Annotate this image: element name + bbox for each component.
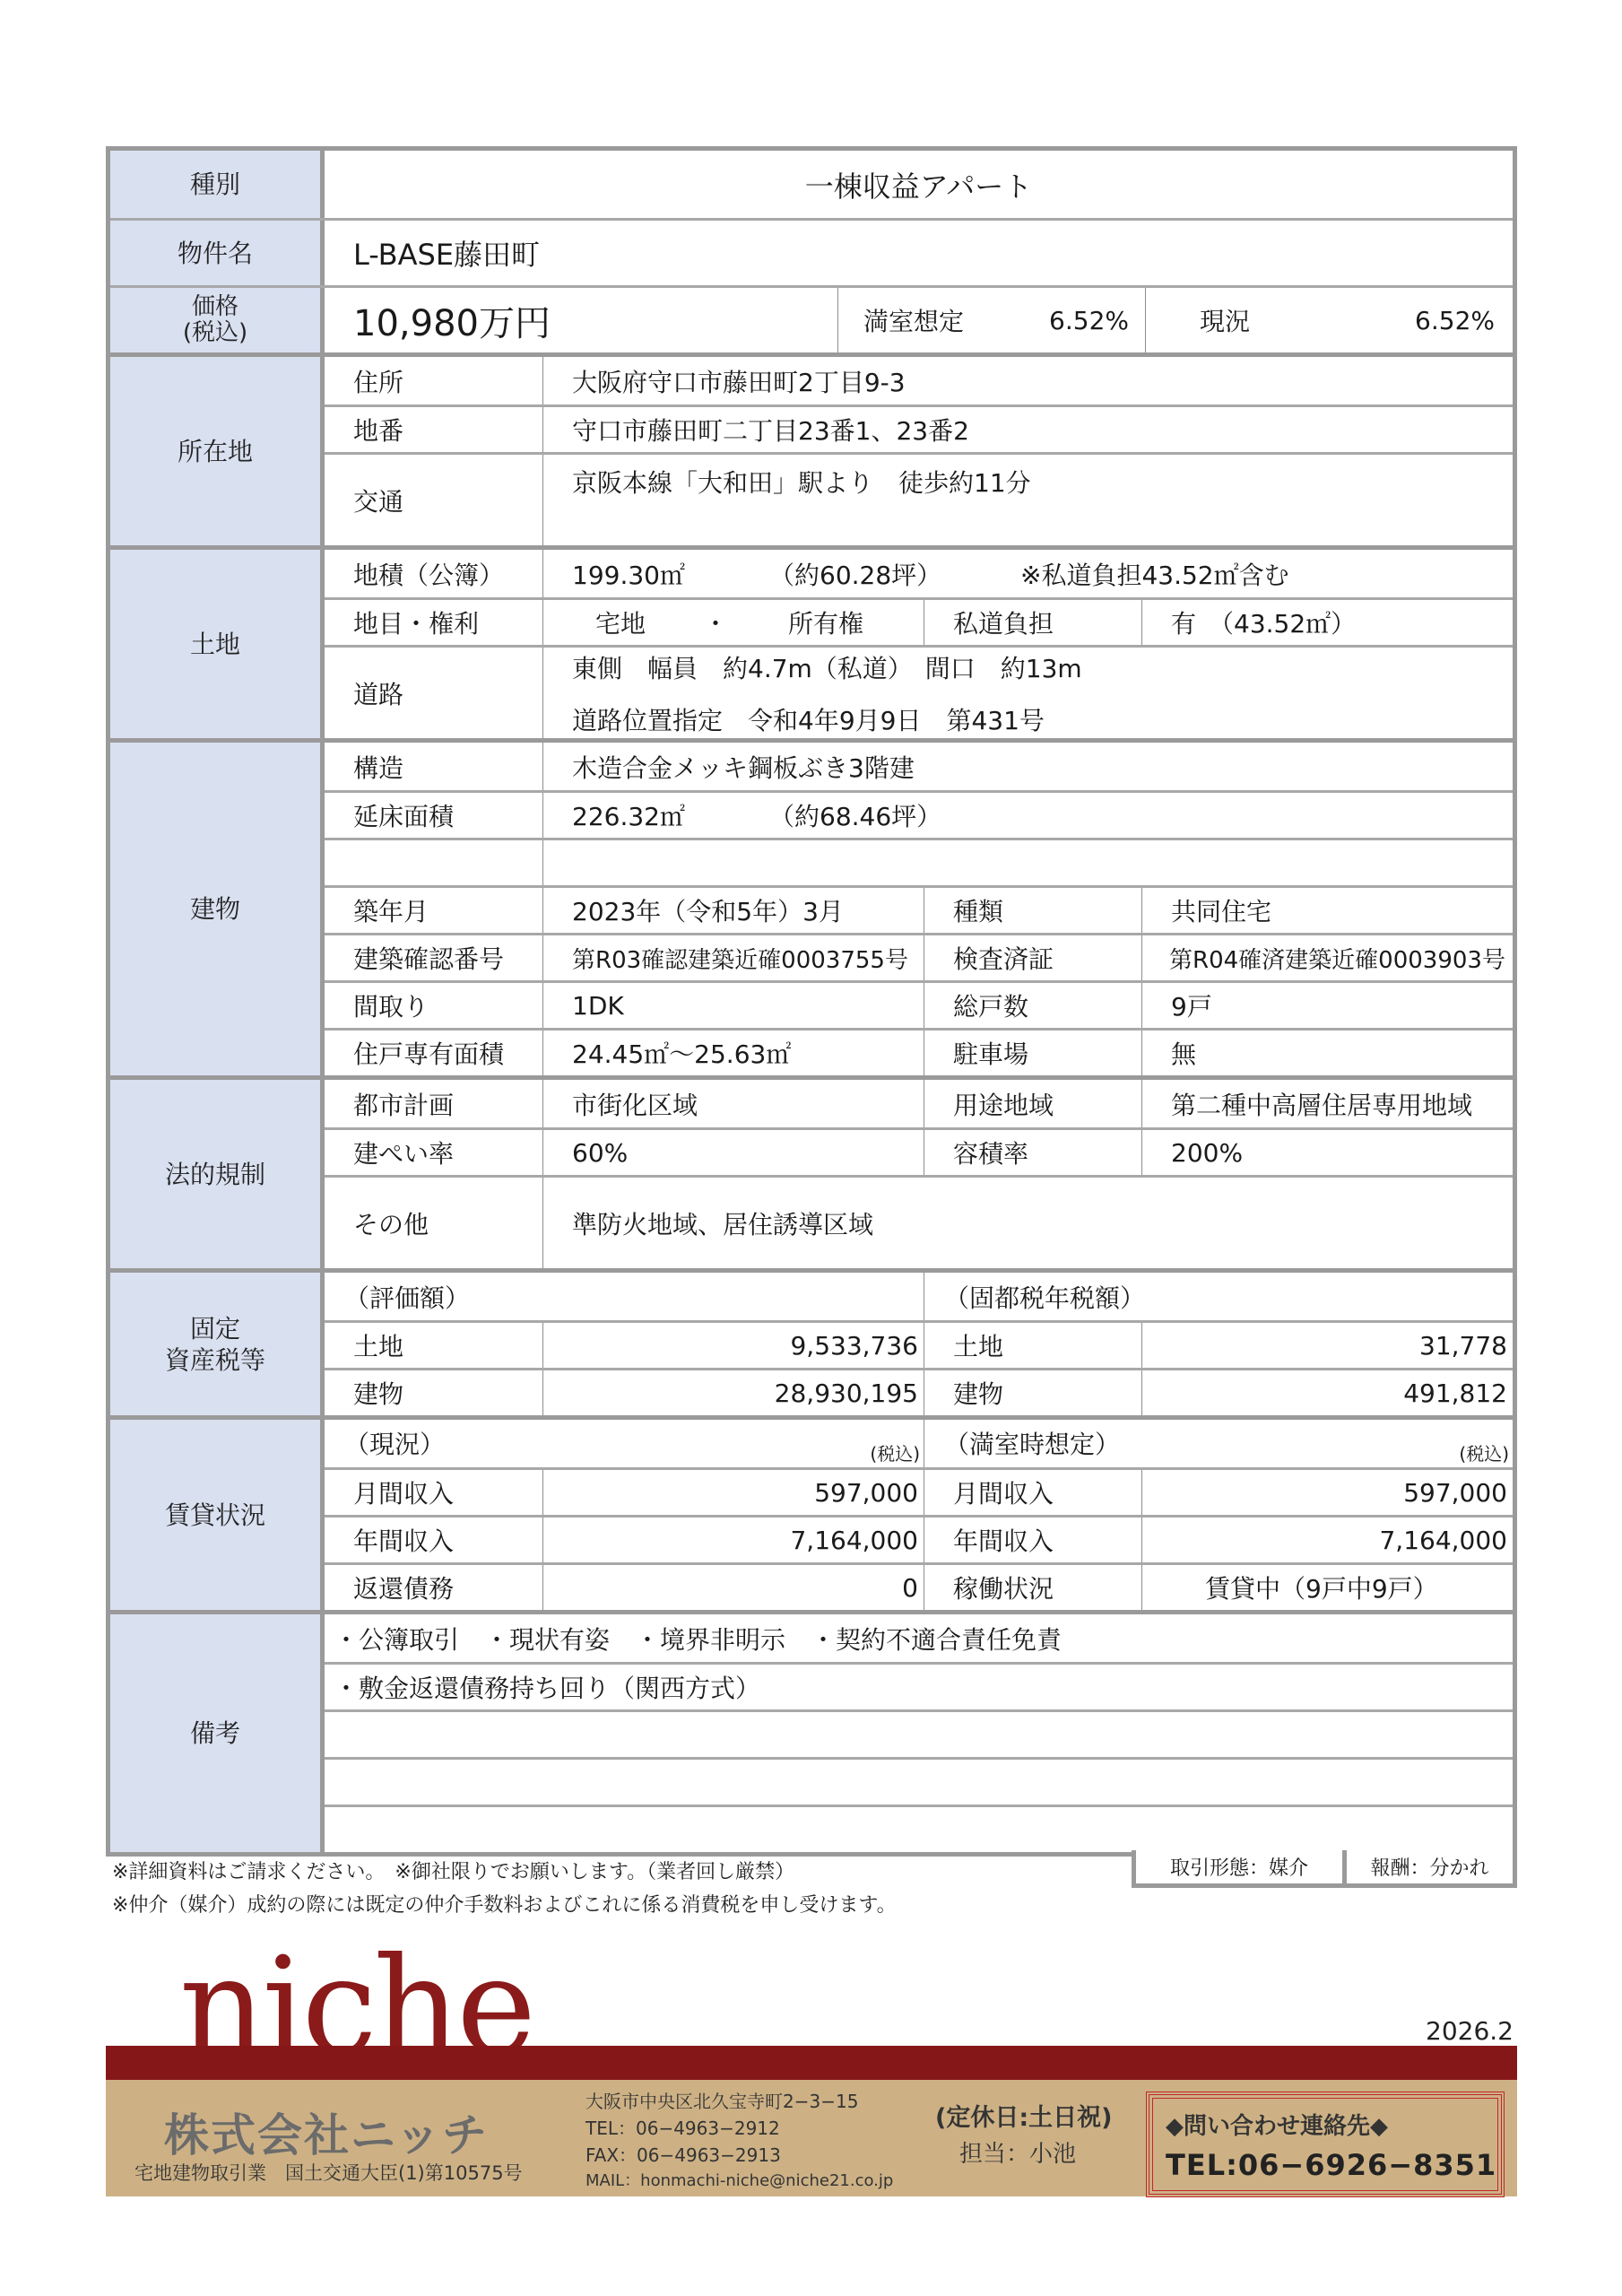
built-row: 築年月 2023年（令和5年）3月 種類 共同住宅 [325, 885, 1513, 933]
company-fax: FAX：06−4963−2913 [585, 2141, 781, 2167]
name-value: L-BASE藤田町 [325, 221, 1513, 285]
permit-row: 建築確認番号 第R03確認建築近確0003755号 検査済証 第R04確済建築近… [325, 933, 1513, 980]
tax-header-row: （評価額） （固都税年税額） [325, 1273, 1513, 1320]
legal-label: 法的規制 [110, 1080, 325, 1268]
section-price: 価格 (税込) 10,980万円 満室想定 6.52% 現況 6.52% [110, 285, 1513, 352]
type-label: 種別 [110, 151, 325, 218]
section-rental: 賃貸状況 （現況） (税込) （満室時想定） (税込) 月間収入 597,000… [110, 1415, 1513, 1610]
layout-value: 1DK [542, 983, 924, 1028]
permit-value: 第R03確認建築近確0003755号 [542, 935, 924, 980]
deposit-label: 返還債務 [325, 1565, 542, 1610]
layout-label: 間取り [325, 983, 542, 1028]
yield-current: 現況 6.52% [1145, 288, 1513, 352]
brand-red-bar [106, 2046, 1517, 2080]
transaction-type-badge: 取引形態：媒介 [1136, 1850, 1342, 1883]
land-area-sqm: 199.30㎡ [572, 556, 769, 592]
remark-row: ・公簿取引 ・現状有姿 ・境界非明示 ・契約不適合責任免責 [325, 1614, 1513, 1662]
company-address: 大阪市中央区北久宝寺町2−3−15 [585, 2087, 858, 2113]
floor-area-tsubo: （約68.46坪） [769, 797, 941, 833]
blank-row [325, 838, 1513, 885]
company-name: 株式会社ニッチ [164, 2100, 489, 2164]
land-category-row: 地目・権利 宅地 ・ 所有権 私道負担 有 （43.52㎡） [325, 597, 1513, 645]
holiday-info: (定休日:土日祝) [935, 2098, 1112, 2133]
note-line-1: ※詳細資料はご請求ください。 ※御社限りでお願いします。（業者回し厳禁） [112, 1857, 794, 1884]
city-plan-value: 市街化区域 [542, 1080, 924, 1127]
yield-full: 満室想定 6.52% [837, 288, 1145, 352]
unit-area-value: 24.45㎡～25.63㎡ [542, 1031, 924, 1075]
yield-full-label: 満室想定 [863, 302, 964, 338]
structure-label: 構造 [325, 743, 542, 790]
tax-building-row: 建物 28,930,195 建物 491,812 [325, 1368, 1513, 1415]
floor-area-label: 延床面積 [325, 793, 542, 838]
rental-label: 賃貸状況 [110, 1420, 325, 1610]
annual-row: 年間収入 7,164,000 年間収入 7,164,000 [325, 1515, 1513, 1562]
annual-building: 491,812 [1141, 1370, 1513, 1415]
land-area-value: 199.30㎡ （約60.28坪） ※私道負担43.52㎡含む [542, 550, 1513, 597]
monthly-label: 月間収入 [325, 1470, 542, 1515]
yield-current-value: 6.52% [1415, 306, 1513, 335]
full-tax-incl: (税込) [1459, 1439, 1509, 1467]
road-label: 道路 [325, 648, 542, 738]
commission-badge: 報酬：分かれ [1347, 1850, 1513, 1883]
occupancy-label: 稼働状況 [924, 1565, 1141, 1610]
land-area-row: 地積（公簿） 199.30㎡ （約60.28坪） ※私道負担43.52㎡含む [325, 550, 1513, 597]
land-category: 宅地 [595, 604, 703, 640]
remark-line-3 [325, 1712, 1513, 1757]
land-category-value: 宅地 ・ 所有権 [542, 600, 924, 645]
land-sep: ・ [703, 604, 788, 640]
city-plan-row: 都市計画 市街化区域 用途地域 第二種中高層住居専用地域 [325, 1080, 1513, 1127]
coverage-row: 建ぺい率 60% 容積率 200% [325, 1127, 1513, 1175]
type-value: 一棟収益アパート [325, 151, 1513, 218]
tax-label: 固定 資産税等 [110, 1273, 325, 1415]
note-line-2: ※仲介（媒介）成約の際には既定の仲介手数料およびこれに係る消費税を申し受けます。 [112, 1890, 897, 1918]
transport-value: 京阪本線「大和田」駅より 徒歩約11分 [542, 455, 1513, 545]
permit-label: 建築確認番号 [325, 935, 542, 980]
section-land: 土地 地積（公簿） 199.30㎡ （約60.28坪） ※私道負担43.52㎡含… [110, 545, 1513, 738]
address-row: 住所 大阪府守口市藤田町2丁目9-3 [325, 357, 1513, 404]
section-remarks: 備考 ・公簿取引 ・現状有姿 ・境界非明示 ・契約不適合責任免責 ・敷金返還債務… [110, 1610, 1513, 1852]
address-value: 大阪府守口市藤田町2丁目9-3 [542, 357, 1513, 404]
current-header: （現況） (税込) [325, 1420, 924, 1467]
floor-area-sqm: 226.32㎡ [572, 797, 769, 833]
unit-area-row: 住戸専有面積 24.45㎡～25.63㎡ 駐車場 無 [325, 1028, 1513, 1075]
transaction-badges: 取引形態：媒介 報酬：分かれ [1132, 1850, 1517, 1888]
city-plan-label: 都市計画 [325, 1080, 542, 1127]
full-header-label: （満室時想定） [944, 1420, 1120, 1461]
private-road-label: 私道負担 [924, 600, 1141, 645]
private-road-value: 有 （43.52㎡） [1141, 600, 1513, 645]
coverage-label: 建ぺい率 [325, 1130, 542, 1175]
remarks-label: 備考 [110, 1614, 325, 1852]
company-mail[interactable]: MAIL：honmachi-niche@niche21.co.jp [585, 2168, 893, 2191]
assessed-building: 28,930,195 [542, 1370, 924, 1415]
name-label: 物件名 [110, 221, 325, 285]
full-monthly-label: 月間収入 [924, 1470, 1141, 1515]
transport-row: 交通 京阪本線「大和田」駅より 徒歩約11分 [325, 452, 1513, 545]
road-line-2: 道路位置指定 令和4年9月9日 第431号 [572, 701, 1045, 737]
units-label: 総戸数 [924, 983, 1141, 1028]
current-header-label: （現況） [344, 1420, 445, 1461]
annual-label: 年間収入 [325, 1518, 542, 1562]
remark-row: ・敷金返還債務持ち回り（関西方式） [325, 1662, 1513, 1709]
tax-land-row: 土地 9,533,736 土地 31,778 [325, 1320, 1513, 1368]
rental-header-row: （現況） (税込) （満室時想定） (税込) [325, 1420, 1513, 1467]
remark-row [325, 1757, 1513, 1805]
price-value: 10,980万円 [325, 288, 837, 352]
land-area-note: ※私道負担43.52㎡含む [1020, 556, 1289, 592]
unit-area-label: 住戸専有面積 [325, 1031, 542, 1075]
section-location: 所在地 住所 大阪府守口市藤田町2丁目9-3 地番 守口市藤田町二丁目23番1、… [110, 352, 1513, 545]
license-number: 宅地建物取引業 国土交通大臣(1)第10575号 [134, 2159, 523, 2186]
section-name: 物件名 L-BASE藤田町 [110, 218, 1513, 285]
coverage-value: 60% [542, 1130, 924, 1175]
occupancy-value: 賃貸中（9戸中9戸） [1141, 1565, 1513, 1610]
built-label: 築年月 [325, 888, 542, 933]
building-label: 建物 [110, 743, 325, 1075]
lot-value: 守口市藤田町二丁目23番1、23番2 [542, 407, 1513, 452]
remark-line-4 [325, 1760, 1513, 1805]
tax-building-label: 建物 [325, 1370, 542, 1415]
assessed-header: （評価額） [325, 1273, 924, 1320]
far-label: 容積率 [924, 1130, 1141, 1175]
lot-row: 地番 守口市藤田町二丁目23番1、23番2 [325, 404, 1513, 452]
remark-line-1: ・公簿取引 ・現状有姿 ・境界非明示 ・契約不適合責任免責 [325, 1614, 1513, 1662]
units-value: 9戸 [1141, 983, 1513, 1028]
current-monthly: 597,000 [542, 1470, 924, 1515]
far-value: 200% [1141, 1130, 1513, 1175]
parking-label: 駐車場 [924, 1031, 1141, 1075]
blank-label [325, 840, 542, 885]
deposit-value: 0 [542, 1565, 924, 1610]
annual-land: 31,778 [1141, 1323, 1513, 1368]
road-value: 東側 幅員 約4.7m（私道） 間口 約13m 道路位置指定 令和4年9月9日 … [542, 648, 1513, 738]
deposit-row: 返還債務 0 稼働状況 賃貸中（9戸中9戸） [325, 1562, 1513, 1610]
built-value: 2023年（令和5年）3月 [542, 888, 924, 933]
section-tax: 固定 資産税等 （評価額） （固都税年税額） 土地 9,533,736 土地 3… [110, 1268, 1513, 1415]
floor-area-row: 延床面積 226.32㎡ （約68.46坪） [325, 790, 1513, 838]
assessed-land: 9,533,736 [542, 1323, 924, 1368]
location-label: 所在地 [110, 357, 325, 545]
blank-value [542, 840, 1513, 885]
contact-title: ◆問い合わせ連絡先◆ [1166, 2108, 1485, 2141]
annual-land-label: 土地 [924, 1323, 1141, 1368]
road-row: 道路 東側 幅員 約4.7m（私道） 間口 約13m 道路位置指定 令和4年9月… [325, 645, 1513, 738]
land-area-tsubo: （約60.28坪） [769, 556, 1020, 592]
inspection-label: 検査済証 [924, 935, 1141, 980]
full-monthly: 597,000 [1141, 1470, 1513, 1515]
section-type: 種別 一棟収益アパート [110, 151, 1513, 218]
section-legal: 法的規制 都市計画 市街化区域 用途地域 第二種中高層住居専用地域 建ぺい率 6… [110, 1075, 1513, 1268]
other-row: その他 準防火地域、居住誘導区域 [325, 1175, 1513, 1268]
remark-line-2: ・敷金返還債務持ち回り（関西方式） [325, 1665, 1513, 1709]
lot-label: 地番 [325, 407, 542, 452]
land-rights: 所有権 [788, 604, 863, 640]
monthly-row: 月間収入 597,000 月間収入 597,000 [325, 1467, 1513, 1515]
company-footer: 株式会社ニッチ 宅地建物取引業 国土交通大臣(1)第10575号 大阪市中央区北… [106, 2080, 1517, 2196]
other-label: その他 [325, 1178, 542, 1268]
property-sheet: 種別 一棟収益アパート 物件名 L-BASE藤田町 価格 (税込) 10,980… [106, 146, 1517, 1857]
yield-full-value: 6.52% [1049, 306, 1145, 335]
transport-label: 交通 [325, 455, 542, 545]
structure-value: 木造合金メッキ鋼板ぶき3階建 [542, 743, 1513, 790]
zoning-value: 第二種中高層住居専用地域 [1141, 1080, 1513, 1127]
structure-row: 構造 木造合金メッキ鋼板ぶき3階建 [325, 743, 1513, 790]
company-tel: TEL：06−4963−2912 [585, 2114, 780, 2140]
land-label: 土地 [110, 550, 325, 738]
contact-box: ◆問い合わせ連絡先◆ TEL:06−6926−8351 [1146, 2092, 1505, 2197]
other-value: 準防火地域、居住誘導区域 [542, 1178, 1513, 1268]
remark-row [325, 1805, 1513, 1852]
full-annual: 7,164,000 [1141, 1518, 1513, 1562]
parking-value: 無 [1141, 1031, 1513, 1075]
current-annual: 7,164,000 [542, 1518, 924, 1562]
annual-tax-header: （固都税年税額） [924, 1273, 1513, 1320]
price-label: 価格 (税込) [110, 288, 325, 352]
kind-label: 種類 [924, 888, 1141, 933]
kind-value: 共同住宅 [1141, 888, 1513, 933]
land-category-label: 地目・権利 [325, 600, 542, 645]
road-line-1: 東側 幅員 約4.7m（私道） 間口 約13m [572, 649, 1082, 685]
zoning-label: 用途地域 [924, 1080, 1141, 1127]
tax-land-label: 土地 [325, 1323, 542, 1368]
current-tax-incl: (税込) [870, 1439, 920, 1467]
address-label: 住所 [325, 357, 542, 404]
section-building: 建物 構造 木造合金メッキ鋼板ぶき3階建 延床面積 226.32㎡ （約68.4… [110, 738, 1513, 1075]
staff-info: 担当：小池 [959, 2135, 1076, 2169]
inspection-value: 第R04確済建築近確0003903号 [1141, 935, 1513, 980]
full-annual-label: 年間収入 [924, 1518, 1141, 1562]
contact-tel[interactable]: TEL:06−6926−8351 [1166, 2148, 1485, 2182]
layout-row: 間取り 1DK 総戸数 9戸 [325, 980, 1513, 1028]
remark-line-5 [325, 1807, 1513, 1852]
land-area-label: 地積（公簿） [325, 550, 542, 597]
annual-building-label: 建物 [924, 1370, 1141, 1415]
issue-date: 2026.2 [1426, 2016, 1514, 2046]
full-header: （満室時想定） (税込) [924, 1420, 1513, 1467]
floor-area-value: 226.32㎡ （約68.46坪） [542, 793, 1513, 838]
remark-row [325, 1709, 1513, 1757]
yield-current-label: 現況 [1200, 302, 1250, 338]
